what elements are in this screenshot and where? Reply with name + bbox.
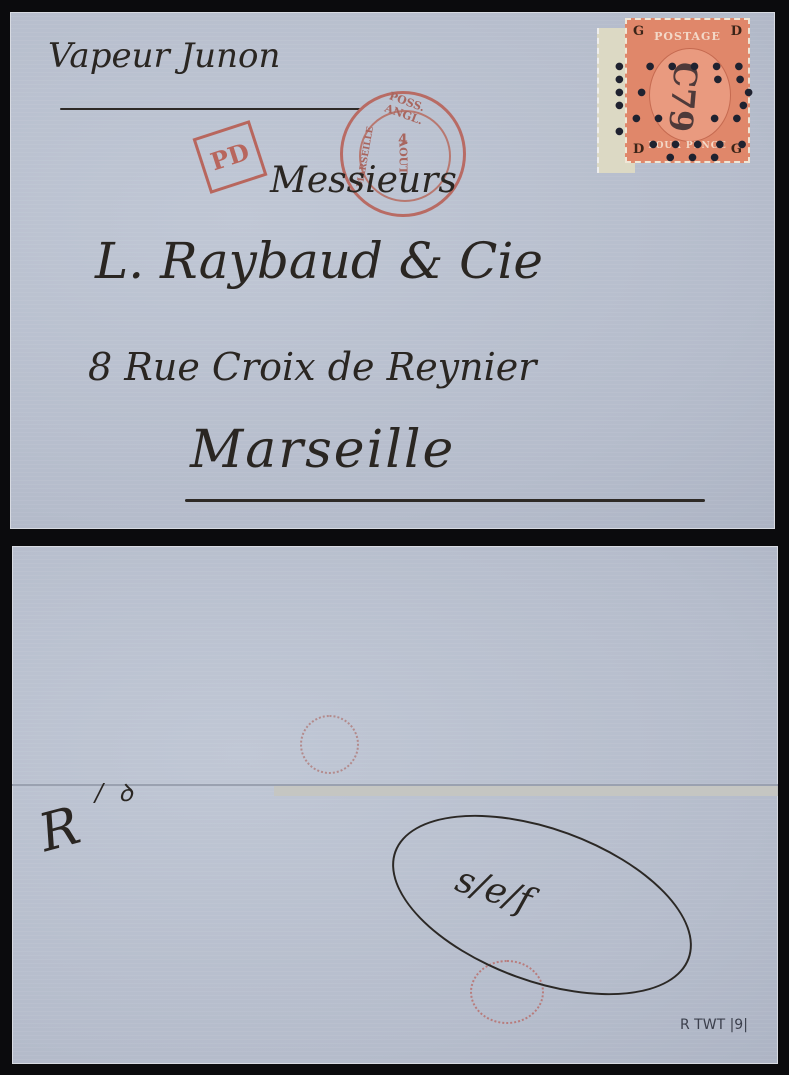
paper-flap-edge [274, 786, 778, 796]
dotted-obliterator: ● ● ● ● ● ●● ● ●● ● ●● ● ● ● ● ● ● ● ● ●… [615, 60, 765, 164]
address-underline [185, 499, 705, 502]
address-line-4: Marseille [190, 420, 455, 480]
address-line-1: Messieurs [270, 160, 457, 201]
address-line-3: 8 Rue Croix de Reynier [88, 345, 536, 389]
address-line-2: L. Raybaud & Cie [95, 232, 543, 290]
stamp-top-label: POSTAGE [627, 30, 748, 43]
ship-endorsement: Vapeur Junon [48, 36, 280, 76]
endorsement-underline [60, 108, 360, 110]
back-top-marks: / ꝺ [95, 776, 133, 809]
faint-red-offset-mark [300, 715, 359, 774]
pencil-dealer-note: R TWT |9| [680, 1017, 748, 1033]
